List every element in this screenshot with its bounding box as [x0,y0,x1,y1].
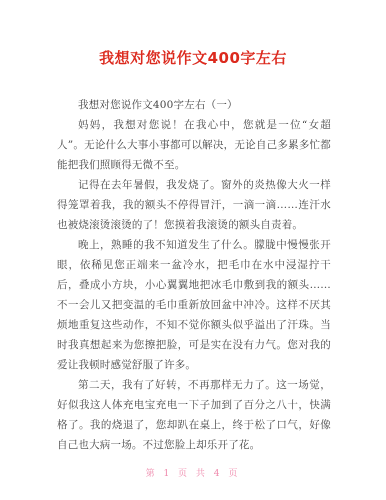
page-number-footer: 第 1 页 共 4 页 [0,466,386,479]
essay-body: 我想对您说作文400字左右（一） 妈妈，我想对您说！在我心中，您就是一位“女超人… [57,95,331,455]
essay-paragraph-heading: 我想对您说作文400字左右（一） [57,95,331,115]
essay-paragraph: 记得在去年暑假，我发烧了。窗外的炎热像大火一样得笼罩着我，我的额头不停得冒汗，一… [57,175,331,235]
page-title: 我想对您说作文400字左右 [0,0,386,68]
essay-paragraph: 第二天，我有了好转，不再那样无力了。这一场觉，好似我这人体充电宝充电一下子加到了… [57,375,331,455]
essay-paragraph: 晚上，熟睡的我不知道发生了什么。朦胧中慢慢张开眼，依稀见您正端来一盆冷水，把毛巾… [57,235,331,375]
essay-paragraph: 妈妈，我想对您说！在我心中，您就是一位“女超人”。无论什么大事小事都可以解决，无… [57,115,331,175]
document-page: 我想对您说作文400字左右 我想对您说作文400字左右（一） 妈妈，我想对您说！… [0,0,386,500]
